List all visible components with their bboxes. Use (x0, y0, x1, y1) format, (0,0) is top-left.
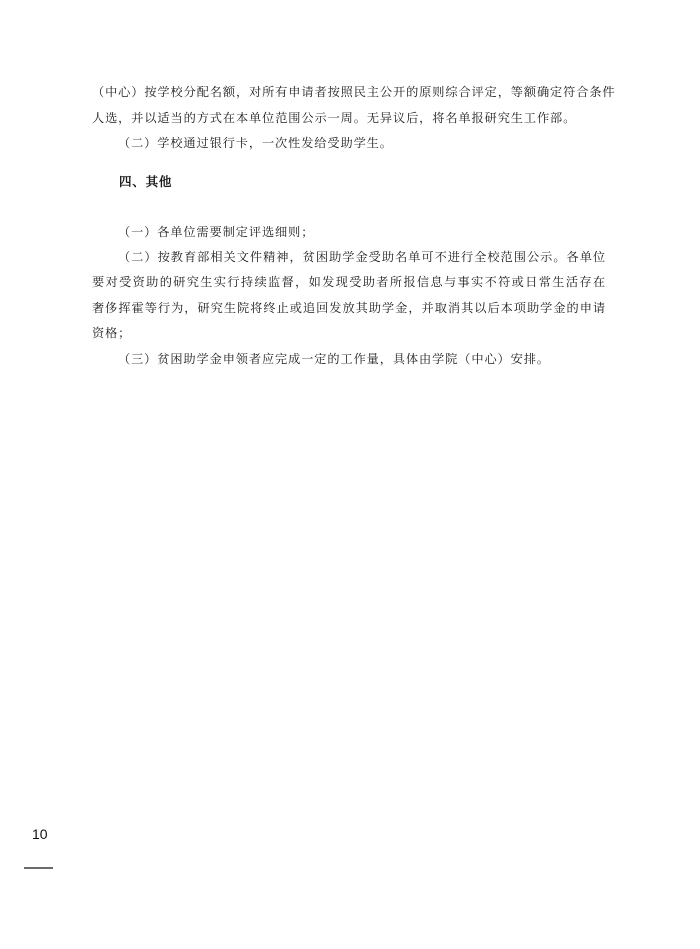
list-item-line: 奢侈挥霍等行为，研究生院将终止或追回发放其助学金，并取消其以后本项助学金的申请 (92, 300, 606, 316)
page-number: 10 (32, 826, 48, 842)
list-item-line: 要对受资助的研究生实行持续监督，如发现受助者所报信息与事实不符或日常生活存在 (92, 274, 606, 290)
paragraph-line: （中心）按学校分配名额，对所有申请者按照民主公开的原则综合评定，等额确定符合条件 (92, 84, 606, 100)
list-item: （一）各单位需要制定评选细则； (118, 224, 314, 240)
paragraph-line: 人选，并以适当的方式在本单位范围公示一周。无异议后，将名单报研究生工作部。 (92, 110, 576, 126)
footer-divider (24, 867, 53, 869)
section-heading: 四、其他 (119, 174, 172, 190)
paragraph-line: （二）学校通过银行卡，一次性发给受助学生。 (118, 135, 393, 151)
list-item-line: 资格； (92, 325, 131, 341)
list-item-line: （二）按教育部相关文件精神，贫困助学金受助名单可不进行全校范围公示。各单位 (118, 249, 606, 265)
list-item: （三）贫困助学金申领者应完成一定的工作量，具体由学院（中心）安排。 (118, 351, 550, 367)
